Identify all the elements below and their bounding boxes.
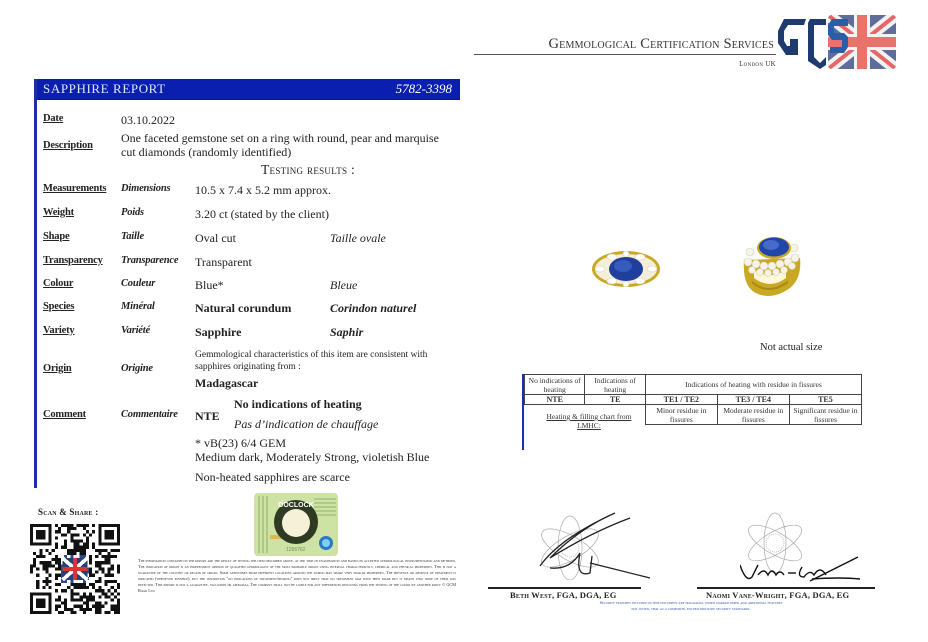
field-value: Natural corundum (195, 301, 291, 316)
description-line-2: cut diamonds (randomly identified) (121, 145, 291, 159)
field-value: 3.20 ct (stated by the client) (195, 207, 329, 222)
field-label-fr: Origine (121, 363, 153, 374)
field-label: Transparency (43, 255, 103, 266)
report-title-band: SAPPHIRE REPORT 5782-3398 (37, 79, 460, 100)
sapphire-report-panel: SAPPHIRE REPORT 5782-3398 Date 03.10.202… (34, 79, 460, 488)
field-value-fr: Saphir (330, 325, 363, 340)
field-label: Variety (43, 325, 74, 336)
comment-code: NTE (195, 409, 220, 424)
heating-code: TE1 / TE2 (645, 395, 717, 405)
field-label: Measurements (43, 183, 106, 194)
report-number: 5782-3398 (396, 81, 452, 97)
heating-description: Moderate residue in fissures (717, 405, 789, 425)
field-value: Oval cut (195, 231, 236, 246)
heating-chart: No indications of heating Indications of… (522, 374, 862, 450)
field-label-fr: Dimensions (121, 183, 170, 194)
signature-beth-west-icon (520, 508, 660, 585)
heating-description: Minor residue in fissures (645, 405, 717, 425)
heating-header-nte: No indications of heating (525, 375, 585, 395)
comment-note: Non-heated sapphires are scarce (195, 470, 350, 485)
signatory-name: Beth West, FGA, DGA, EG (510, 590, 617, 600)
svg-text:DOCLOCK: DOCLOCK (278, 502, 313, 509)
description-label: Description (43, 140, 93, 151)
field-label-fr: Poids (121, 207, 144, 218)
field-label: Comment (43, 409, 86, 420)
field-value: Transparent (195, 255, 252, 270)
organization-header: Gemmological Certification Services Lond… (474, 36, 776, 68)
heating-chart-caption: Heating & filling chart from LMHC: (534, 412, 644, 430)
field-label-fr: Minéral (121, 301, 155, 312)
heating-header-te: Indications of heating (585, 375, 645, 395)
description-value: One faceted gemstone set on a ring with … (121, 131, 439, 159)
comment-colour-description: Medium dark, Moderately Strong, violetis… (195, 450, 429, 465)
origin-value: Madagascar (195, 376, 258, 391)
heating-code: TE3 / TE4 (717, 395, 789, 405)
origin-note-line-2: sapphires originating from : (195, 362, 301, 372)
field-value: Blue* (195, 278, 224, 293)
field-label: Species (43, 301, 74, 312)
field-label-fr: Commentaire (121, 409, 178, 420)
comment-heading: No indications of heating (234, 397, 362, 412)
field-label: Origin (43, 363, 72, 374)
security-features-note: Security features included in this docum… (596, 600, 786, 612)
doclock-hologram-icon: DOCLOCK 1266762 (254, 493, 338, 556)
ring-top-view-image (590, 245, 662, 298)
field-value: 10.5 x 7.4 x 5.2 mm approx. (195, 183, 331, 198)
field-label-fr: Transparence (121, 255, 178, 266)
qr-code-icon[interactable] (30, 524, 120, 614)
date-label: Date (43, 113, 63, 124)
heating-description: Significant residue in fissures (789, 405, 861, 425)
field-label: Weight (43, 207, 74, 218)
signature-line (488, 587, 641, 589)
field-value-fr: Taille ovale (330, 231, 386, 246)
field-label-fr: Taille (121, 231, 144, 242)
testing-results-heading: Testing results : (261, 162, 355, 178)
heating-header-residue: Indications of heating with residue in f… (645, 375, 861, 395)
legal-disclaimer: The information contained in the report … (138, 558, 456, 595)
organization-name: Gemmological Certification Services (474, 36, 776, 53)
comment-colour-code: * vB(23) 6/4 GEM (195, 436, 286, 451)
heating-code: TE5 (789, 395, 861, 405)
header-rule (474, 54, 776, 55)
description-line-1: One faceted gemstone set on a ring with … (121, 131, 439, 145)
date-value: 03.10.2022 (121, 113, 175, 128)
heating-code: NTE (525, 395, 585, 405)
organization-location: London UK (474, 60, 776, 68)
svg-text:1266762: 1266762 (286, 547, 306, 553)
origin-note-line-1: Gemmological characteristics of this ite… (195, 350, 427, 360)
report-title: SAPPHIRE REPORT (43, 81, 166, 97)
signatory-name: Naomi Vane-Wright, FGA, DGA, EG (706, 590, 849, 600)
scan-share-label: Scan & Share : (38, 507, 98, 517)
field-value-fr: Bleue (330, 278, 357, 293)
signature-line (697, 587, 875, 589)
heating-code: TE (585, 395, 645, 405)
field-value: Sapphire (195, 325, 241, 340)
field-label: Colour (43, 278, 73, 289)
field-value-fr: Corindon naturel (330, 301, 416, 316)
origin-note: Gemmological characteristics of this ite… (195, 349, 427, 373)
field-label: Shape (43, 231, 69, 242)
ring-side-view-image (738, 230, 808, 305)
image-caption: Not actual size (760, 342, 822, 353)
signature-naomi-vane-wright-icon (740, 505, 870, 592)
field-label-fr: Couleur (121, 278, 155, 289)
comment-heading-fr: Pas d’indication de chauffage (234, 417, 378, 432)
field-label-fr: Variété (121, 325, 150, 336)
gcs-logo-icon (776, 13, 898, 71)
